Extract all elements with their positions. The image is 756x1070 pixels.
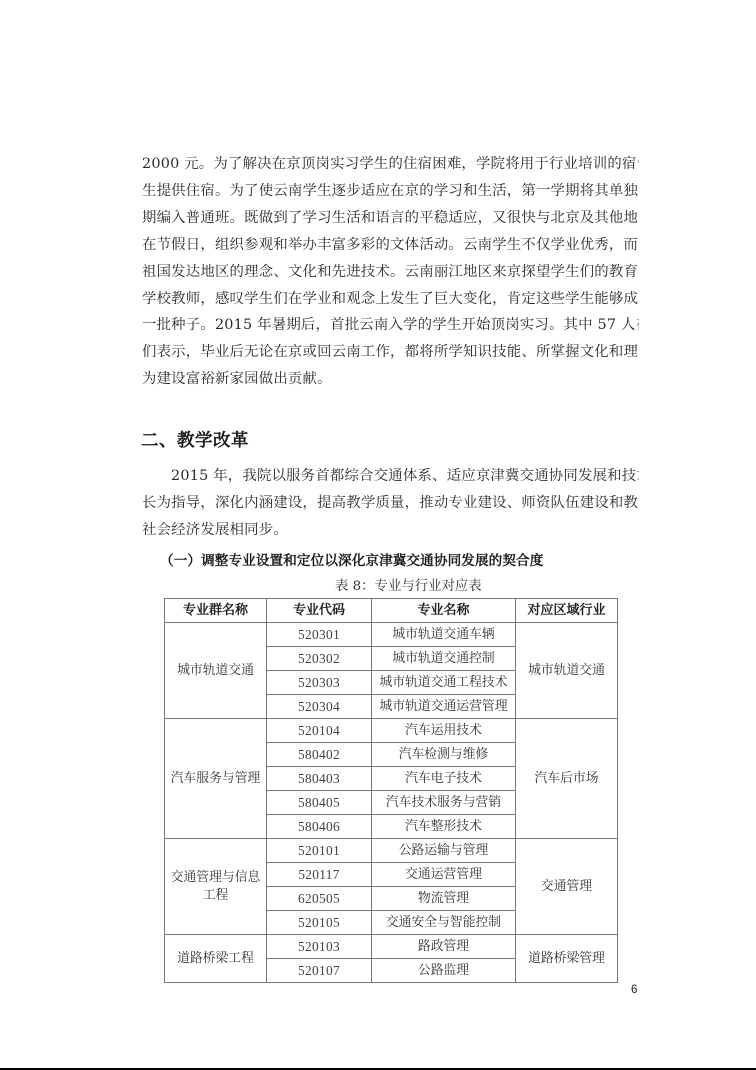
header-major-name: 专业名称 bbox=[372, 599, 516, 623]
major-name-cell: 路政管理 bbox=[372, 935, 516, 959]
group-name-cell: 城市轨道交通 bbox=[165, 623, 267, 719]
table-row: 交通管理与信息工程 520101 公路运输与管理 交通管理 bbox=[165, 839, 618, 863]
text-line: 长为指导，深化内涵建设，提高教学质量，推动专业建设、师资队伍建设和教学资源建设与 bbox=[142, 490, 639, 517]
major-name-cell: 公路运输与管理 bbox=[372, 839, 516, 863]
text-line: 学校教师，感叹学生们在学业和观念上发生了巨大变化，肯定这些学生能够成为脱贫致富的 bbox=[142, 286, 639, 313]
major-name-cell: 交通安全与智能控制 bbox=[372, 911, 516, 935]
section-heading: 二、教学改革 bbox=[141, 427, 249, 452]
text-line: 2015 年，我院以服务首都综合交通体系、适应京津冀交通协同发展和技术技能人才成 bbox=[142, 463, 639, 490]
major-code-cell: 580403 bbox=[267, 767, 372, 791]
major-code-cell: 520107 bbox=[267, 959, 372, 983]
major-code-cell: 520302 bbox=[267, 647, 372, 671]
major-code-cell: 520304 bbox=[267, 695, 372, 719]
group-name-cell: 汽车服务与管理 bbox=[165, 719, 267, 839]
major-name-cell: 物流管理 bbox=[372, 887, 516, 911]
table-header-row: 专业群名称 专业代码 专业名称 对应区域行业 bbox=[165, 599, 618, 623]
text-line: 在节假日，组织参观和举办丰富多彩的文体活动。云南学生不仅学业优秀，而且领略古都和 bbox=[142, 232, 639, 259]
text-line: 为建设富裕新家园做出贡献。 bbox=[142, 366, 639, 393]
industry-cell: 交通管理 bbox=[516, 839, 618, 935]
major-code-cell: 580402 bbox=[267, 743, 372, 767]
major-code-cell: 520105 bbox=[267, 911, 372, 935]
text-line: 2000 元。为了解决在京顶岗实习学生的住宿困难，学院将用于行业培训的宿舍，免费… bbox=[142, 151, 639, 178]
header-industry: 对应区域行业 bbox=[516, 599, 618, 623]
major-name-cell: 汽车技术服务与营销 bbox=[372, 791, 516, 815]
major-name-cell: 城市轨道交通车辆 bbox=[372, 623, 516, 647]
header-major-code: 专业代码 bbox=[267, 599, 372, 623]
table-row: 汽车服务与管理 520104 汽车运用技术 汽车后市场 bbox=[165, 719, 618, 743]
major-name-cell: 汽车整形技术 bbox=[372, 815, 516, 839]
major-name-cell: 城市轨道交通工程技术 bbox=[372, 671, 516, 695]
subsection-heading: （一）调整专业设置和定位以深化京津冀交通协同发展的契合度 bbox=[160, 549, 543, 569]
major-code-cell: 520103 bbox=[267, 935, 372, 959]
major-name-cell: 公路监理 bbox=[372, 959, 516, 983]
major-code-cell: 520301 bbox=[267, 623, 372, 647]
major-name-cell: 城市轨道交通运营管理 bbox=[372, 695, 516, 719]
text-line: 生提供住宿。为了使云南学生逐步适应在京的学习和生活，第一学期将其单独组班，第二学 bbox=[142, 178, 639, 205]
page-number: 6 bbox=[631, 984, 637, 996]
major-industry-table: 专业群名称 专业代码 专业名称 对应区域行业 城市轨道交通 520301 城市轨… bbox=[164, 598, 618, 983]
major-code-cell: 520104 bbox=[267, 719, 372, 743]
paragraph-yunnan-students: 2000 元。为了解决在京顶岗实习学生的住宿困难，学院将用于行业培训的宿舍，免费… bbox=[142, 151, 639, 393]
table-caption: 表 8：专业与行业对应表 bbox=[335, 575, 482, 594]
paragraph-teaching-reform: 2015 年，我院以服务首都综合交通体系、适应京津冀交通协同发展和技术技能人才成… bbox=[142, 463, 639, 544]
text-line: 社会经济发展相同步。 bbox=[142, 517, 639, 544]
text-line: 一批种子。2015 年暑期后，首批云南入学的学生开始顶岗实习。其中 57 人在京… bbox=[142, 312, 639, 339]
major-code-cell: 520303 bbox=[267, 671, 372, 695]
major-name-cell: 汽车检测与维修 bbox=[372, 743, 516, 767]
table-row: 城市轨道交通 520301 城市轨道交通车辆 城市轨道交通 bbox=[165, 623, 618, 647]
industry-cell: 道路桥梁管理 bbox=[516, 935, 618, 983]
text-line: 祖国发达地区的理念、文化和先进技术。云南丽江地区来京探望学生们的教育行政部门领导… bbox=[142, 259, 639, 286]
industry-cell: 汽车后市场 bbox=[516, 719, 618, 839]
major-name-cell: 汽车电子技术 bbox=[372, 767, 516, 791]
major-name-cell: 汽车运用技术 bbox=[372, 719, 516, 743]
major-code-cell: 580406 bbox=[267, 815, 372, 839]
text-line: 期编入普通班。既做到了学习生活和语言的平稳适应，又很快与北京及其他地区学生相融合… bbox=[142, 205, 639, 232]
group-name-cell: 道路桥梁工程 bbox=[165, 935, 267, 983]
header-group-name: 专业群名称 bbox=[165, 599, 267, 623]
table-row: 道路桥梁工程 520103 路政管理 道路桥梁管理 bbox=[165, 935, 618, 959]
major-code-cell: 520101 bbox=[267, 839, 372, 863]
major-code-cell: 520117 bbox=[267, 863, 372, 887]
group-name-cell: 交通管理与信息工程 bbox=[165, 839, 267, 935]
major-name-cell: 城市轨道交通控制 bbox=[372, 647, 516, 671]
document-page: 2000 元。为了解决在京顶岗实习学生的住宿困难，学院将用于行业培训的宿舍，免费… bbox=[0, 0, 756, 1068]
major-code-cell: 620505 bbox=[267, 887, 372, 911]
major-code-cell: 580405 bbox=[267, 791, 372, 815]
text-line: 们表示，毕业后无论在京或回云南工作，都将所学知识技能、所掌握文化和理念在家乡传播… bbox=[142, 339, 639, 366]
major-name-cell: 交通运营管理 bbox=[372, 863, 516, 887]
industry-cell: 城市轨道交通 bbox=[516, 623, 618, 719]
